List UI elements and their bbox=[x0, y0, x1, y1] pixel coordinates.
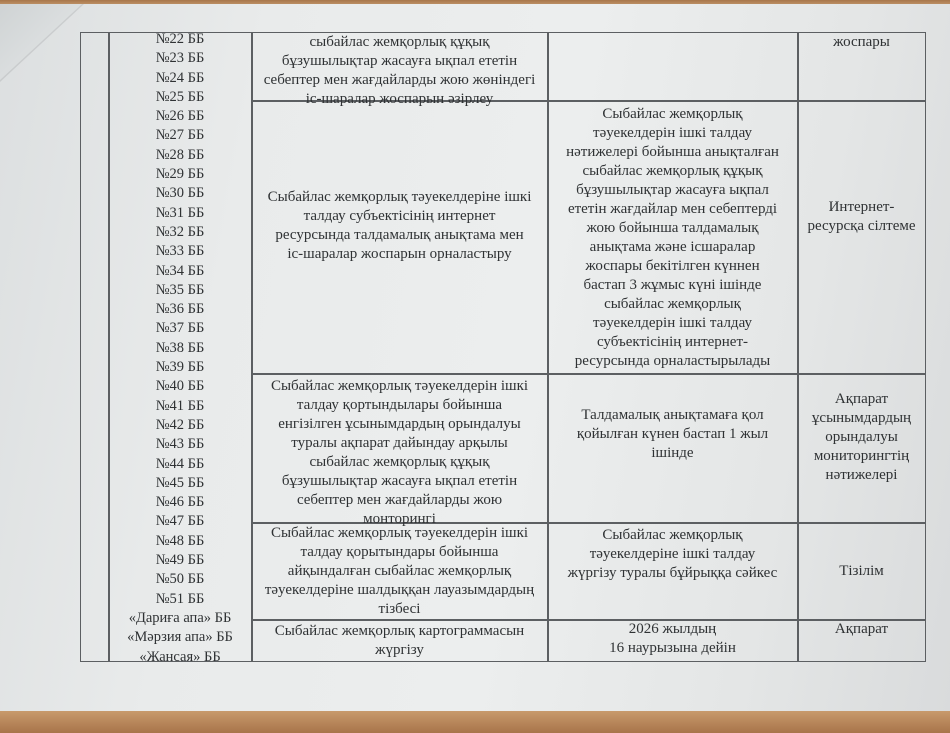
measure-cell: Сыбайлас жемқорлық тәуекелдерін ішкіталд… bbox=[252, 523, 547, 619]
text-line: ететін жағдайлар мен себептерді bbox=[568, 200, 777, 219]
result-cell: Тізілім bbox=[798, 523, 925, 619]
result-cell: жоспары bbox=[798, 33, 925, 100]
text-line: №35 ББ bbox=[156, 281, 205, 300]
text-line: нәтижелері bbox=[826, 466, 898, 485]
text-line: талдау қорытындары бойынша bbox=[301, 543, 499, 562]
text-line: бастап 3 жұмыс күні ішінде bbox=[584, 276, 762, 295]
deadline-cell bbox=[548, 33, 797, 100]
text-line: себептер мен жағдайларды жою bbox=[297, 491, 502, 510]
folded-corner bbox=[0, 4, 82, 80]
text-line: №50 ББ bbox=[156, 570, 205, 589]
text-line: №42 ББ bbox=[156, 416, 205, 435]
text-line: енгізілген ұсынымдардың орындалуы bbox=[278, 415, 520, 434]
text-line: талдау қортындылары бойынша bbox=[297, 396, 502, 415]
result-cell: Интернет-ресурсқа сілтеме bbox=[798, 101, 925, 373]
text-line: Ақпарат bbox=[835, 620, 888, 639]
text-line: тәуекелдеріне шалдыққан лауазымдардың bbox=[265, 581, 534, 600]
text-line: №34 ББ bbox=[156, 262, 205, 281]
text-line: №44 ББ bbox=[156, 455, 205, 474]
deadline-cell: Сыбайлас жемқорлықтәуекелдерін ішкі талд… bbox=[548, 101, 797, 373]
text-line: бұзушылықтар жасауға ықпал bbox=[576, 181, 769, 200]
text-line: №31 ББ bbox=[156, 204, 205, 223]
text-line: тәуекелдерін ішкі талдау bbox=[593, 314, 752, 333]
text-line: Тізілім bbox=[839, 562, 884, 581]
text-line: сыбайлас жемқорлық құқық bbox=[309, 453, 489, 472]
text-line: мониторингтің bbox=[814, 447, 909, 466]
text-line: №32 ББ bbox=[156, 223, 205, 242]
measure-cell: Сыбайлас жемқорлық тәуекелдеріне ішкітал… bbox=[252, 101, 547, 373]
text-line: ресурсында талдамалық анықтама мен bbox=[275, 226, 523, 245]
text-line: Сыбайлас жемқорлық тәуекелдеріне ішкі bbox=[268, 188, 532, 207]
measures-table: №22 ББ№23 ББ№24 ББ№25 ББ№26 ББ№27 ББ№28 … bbox=[80, 32, 926, 662]
text-line: сыбайлас жемқорлық bbox=[604, 295, 741, 314]
text-line: ресурсында орналастырылады bbox=[575, 352, 770, 371]
text-line: №38 ББ bbox=[156, 339, 205, 358]
text-line: №24 ББ bbox=[156, 69, 205, 88]
text-line: тәуекелдеріне ішкі талдау bbox=[590, 545, 756, 564]
text-line: №23 ББ bbox=[156, 49, 205, 68]
text-line: Сыбайлас жемқорлық bbox=[602, 526, 742, 545]
text-line: қойылған күнен бастап 1 жыл bbox=[577, 425, 768, 444]
text-line: сыбайлас жемқорлық құқық bbox=[582, 162, 762, 181]
text-line: бұзушылықтар жасауға ықпал ететін bbox=[282, 52, 517, 71]
text-line: жүргізу туралы бұйрыққа сәйкес bbox=[568, 564, 778, 583]
text-line: №48 ББ bbox=[156, 532, 205, 551]
deadline-cell: Сыбайлас жемқорлықтәуекелдеріне ішкі тал… bbox=[548, 523, 797, 619]
text-line: бұзушылықтар жасауға ықпал ететін bbox=[282, 472, 517, 491]
text-line: ресурсқа сілтеме bbox=[807, 217, 915, 236]
text-line: №28 ББ bbox=[156, 146, 205, 165]
text-line: №36 ББ bbox=[156, 300, 205, 319]
text-line: тәуекелдерін ішкі талдау bbox=[593, 124, 752, 143]
text-line: №47 ББ bbox=[156, 512, 205, 531]
text-line: жоспары bbox=[833, 33, 890, 52]
text-line: №43 ББ bbox=[156, 435, 205, 454]
text-line: орындалуы bbox=[825, 428, 898, 447]
text-line: №25 ББ bbox=[156, 88, 205, 107]
text-line: жоспары бекітілген күннен bbox=[585, 257, 759, 276]
text-line: айқындалған сыбайлас жемқорлық bbox=[288, 562, 511, 581]
text-line: №22 ББ bbox=[156, 30, 205, 49]
measure-cell: сыбайлас жемқорлық құқықбұзушылықтар жас… bbox=[252, 33, 547, 100]
text-line: сыбайлас жемқорлық құқық bbox=[309, 33, 489, 52]
text-line: Талдамалық анықтамаға қол bbox=[581, 406, 763, 425]
text-line: нәтижелері бойынша анықталған bbox=[566, 143, 779, 162]
text-line: Сыбайлас жемқорлық тәуекелдерін ішкі bbox=[271, 377, 528, 396]
text-line: №30 ББ bbox=[156, 184, 205, 203]
text-line: №51 ББ bbox=[156, 590, 205, 609]
text-line: «Мәрзия апа» ББ bbox=[127, 628, 233, 647]
text-line: №29 ББ bbox=[156, 165, 205, 184]
text-line: №26 ББ bbox=[156, 107, 205, 126]
text-line: тізбесі bbox=[379, 600, 421, 619]
text-line: 2026 жылдың bbox=[629, 620, 716, 639]
text-line: Сыбайлас жемқорлық bbox=[602, 105, 742, 124]
text-line: талдау субъектісінің интернет bbox=[304, 207, 496, 226]
text-line: іс-шаралар жоспарын орналастыру bbox=[287, 245, 511, 264]
result-cell: Ақпарат bbox=[798, 620, 925, 662]
text-line: анықтама және ісшаралар bbox=[590, 238, 756, 257]
text-line: Сыбайлас жемқорлық картограммасын bbox=[275, 622, 524, 641]
text-line: №49 ББ bbox=[156, 551, 205, 570]
text-line: №27 ББ bbox=[156, 126, 205, 145]
deadline-cell: 2026 жылдың16 наурызына дейін bbox=[548, 620, 797, 662]
text-line: Ақпарат bbox=[835, 390, 888, 409]
text-line: ішінде bbox=[651, 444, 693, 463]
text-line: себептер мен жағдайларды жою жөніндегі bbox=[264, 71, 536, 90]
result-cell: Ақпаратұсынымдардыңорындалуымониторингті… bbox=[798, 374, 925, 522]
text-line: «Дариға апа» ББ bbox=[129, 609, 232, 628]
text-line: №41 ББ bbox=[156, 397, 205, 416]
text-line: 16 наурызына дейін bbox=[609, 639, 736, 658]
deadline-cell: Талдамалық анықтамаға қолқойылған күнен … bbox=[548, 374, 797, 522]
text-line: ұсынымдардың bbox=[812, 409, 911, 428]
text-line: жүргізу bbox=[375, 641, 424, 660]
text-line: №39 ББ bbox=[156, 358, 205, 377]
text-line: субъектісінің интернет- bbox=[597, 333, 748, 352]
text-line: Сыбайлас жемқорлық тәуекелдерін ішкі bbox=[271, 524, 528, 543]
measure-cell: Сыбайлас жемқорлық тәуекелдерін ішкіталд… bbox=[252, 374, 547, 522]
text-line: №45 ББ bbox=[156, 474, 205, 493]
text-line: туралы ақпарат дайындау арқылы bbox=[291, 434, 507, 453]
text-line: №33 ББ bbox=[156, 242, 205, 261]
text-line: №40 ББ bbox=[156, 377, 205, 396]
desk-surface-bottom bbox=[0, 711, 950, 733]
organizations-list: №22 ББ№23 ББ№24 ББ№25 ББ№26 ББ№27 ББ№28 … bbox=[109, 30, 251, 660]
text-line: «Жансая» ББ bbox=[139, 648, 220, 667]
text-line: Интернет- bbox=[829, 198, 895, 217]
text-line: №37 ББ bbox=[156, 319, 205, 338]
text-line: жою бойынша талдамалық bbox=[586, 219, 758, 238]
text-line: №46 ББ bbox=[156, 493, 205, 512]
measure-cell: Сыбайлас жемқорлық картограммасынжүргізу bbox=[252, 620, 547, 662]
